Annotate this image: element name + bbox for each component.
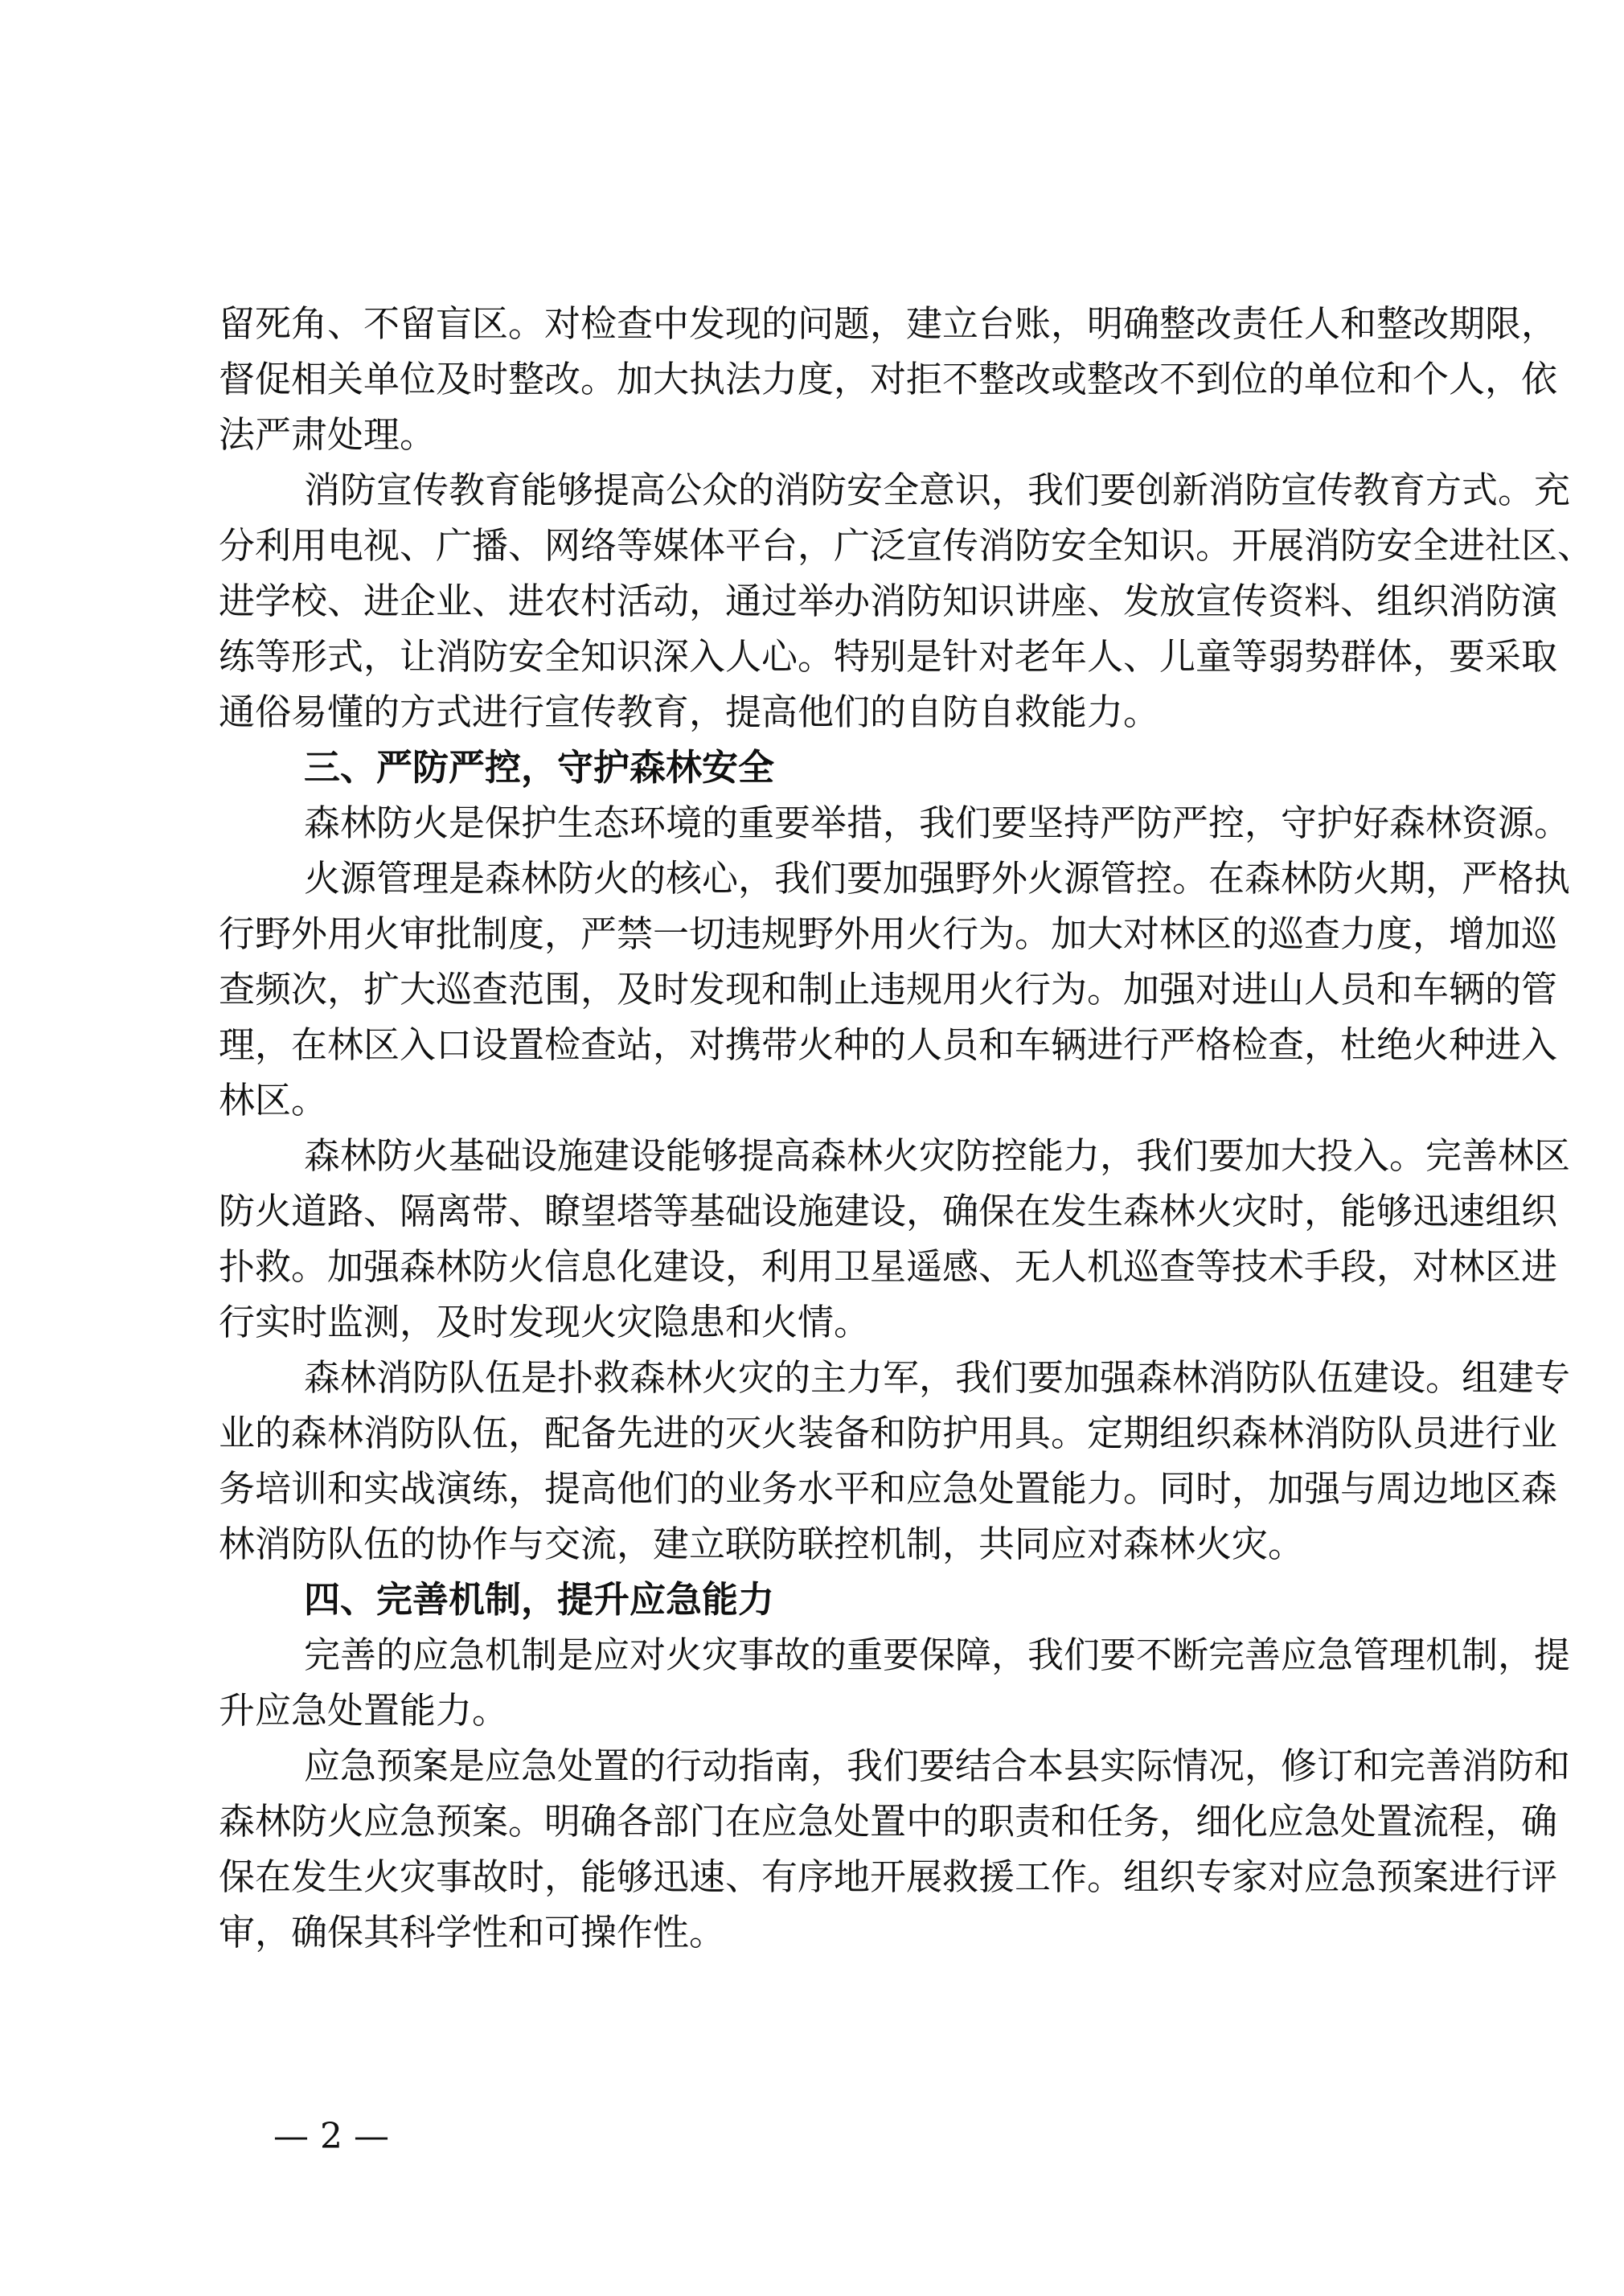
- paragraph-line: 留死角、不留盲区。对检查中发现的问题，建立台账，明确整改责任人和整改期限，: [219, 296, 1425, 351]
- paragraph-line: 森林防火应急预案。明确各部门在应急处置中的职责和任务，细化应急处置流程，确: [219, 1794, 1425, 1849]
- paragraph-line: 通俗易懂的方式进行宣传教育，提高他们的自防自救能力。: [219, 684, 1425, 740]
- paragraph-line: 练等形式，让消防安全知识深入人心。特别是针对老年人、儿童等弱势群体，要采取: [219, 629, 1425, 684]
- paragraph-line: 行实时监测，及时发现火灾隐患和火情。: [219, 1294, 1425, 1350]
- paragraph-line: 森林消防队伍是扑救森林火灾的主力军，我们要加强森林消防队伍建设。组建专: [219, 1350, 1425, 1405]
- paragraph-line: 升应急处置能力。: [219, 1683, 1425, 1738]
- paragraph-line: 理，在林区入口设置检查站，对携带火种的人员和车辆进行严格检查，杜绝火种进入: [219, 1017, 1425, 1072]
- paragraph-line: 审，确保其科学性和可操作性。: [219, 1904, 1425, 1960]
- paragraph-line: 法严肃处理。: [219, 407, 1425, 462]
- paragraph-line: 林区。: [219, 1072, 1425, 1128]
- page-number: — 2 —: [273, 2113, 389, 2161]
- paragraph-line: 应急预案是应急处置的行动指南，我们要结合本县实际情况，修订和完善消防和: [219, 1738, 1425, 1794]
- paragraph-line: 完善的应急机制是应对火灾事故的重要保障，我们要不断完善应急管理机制，提: [219, 1627, 1425, 1683]
- paragraph-line: 森林防火是保护生态环境的重要举措，我们要坚持严防严控，守护好森林资源。: [219, 795, 1425, 851]
- paragraph-line: 森林防火基础设施建设能够提高森林火灾防控能力，我们要加大投入。完善林区: [219, 1128, 1425, 1183]
- section-heading: 四、完善机制，提升应急能力: [219, 1572, 1425, 1627]
- paragraph-line: 查频次，扩大巡查范围，及时发现和制止违规用火行为。加强对进山人员和车辆的管: [219, 961, 1425, 1017]
- paragraph-line: 保在发生火灾事故时，能够迅速、有序地开展救援工作。组织专家对应急预案进行评: [219, 1849, 1425, 1904]
- paragraph-line: 林消防队伍的协作与交流，建立联防联控机制，共同应对森林火灾。: [219, 1516, 1425, 1572]
- paragraph-line: 业的森林消防队伍，配备先进的灭火装备和防护用具。定期组织森林消防队员进行业: [219, 1405, 1425, 1461]
- paragraph-line: 扑救。加强森林防火信息化建设，利用卫星遥感、无人机巡查等技术手段，对林区进: [219, 1239, 1425, 1294]
- paragraph-line: 火源管理是森林防火的核心，我们要加强野外火源管控。在森林防火期，严格执: [219, 851, 1425, 906]
- section-heading: 三、严防严控，守护森林安全: [219, 740, 1425, 795]
- paragraph-line: 务培训和实战演练，提高他们的业务水平和应急处置能力。同时，加强与周边地区森: [219, 1461, 1425, 1516]
- paragraph-line: 督促相关单位及时整改。加大执法力度，对拒不整改或整改不到位的单位和个人，依: [219, 351, 1425, 407]
- paragraph-line: 行野外用火审批制度，严禁一切违规野外用火行为。加大对林区的巡查力度，增加巡: [219, 906, 1425, 961]
- document-page: 留死角、不留盲区。对检查中发现的问题，建立台账，明确整改责任人和整改期限， 督促…: [0, 0, 1624, 2296]
- paragraph-line: 防火道路、隔离带、瞭望塔等基础设施建设，确保在发生森林火灾时，能够迅速组织: [219, 1183, 1425, 1239]
- paragraph-line: 消防宣传教育能够提高公众的消防安全意识，我们要创新消防宣传教育方式。充: [219, 462, 1425, 518]
- paragraph-line: 分利用电视、广播、网络等媒体平台，广泛宣传消防安全知识。开展消防安全进社区、: [219, 518, 1425, 573]
- document-body: 留死角、不留盲区。对检查中发现的问题，建立台账，明确整改责任人和整改期限， 督促…: [219, 296, 1425, 1960]
- paragraph-line: 进学校、进企业、进农村活动，通过举办消防知识讲座、发放宣传资料、组织消防演: [219, 573, 1425, 629]
